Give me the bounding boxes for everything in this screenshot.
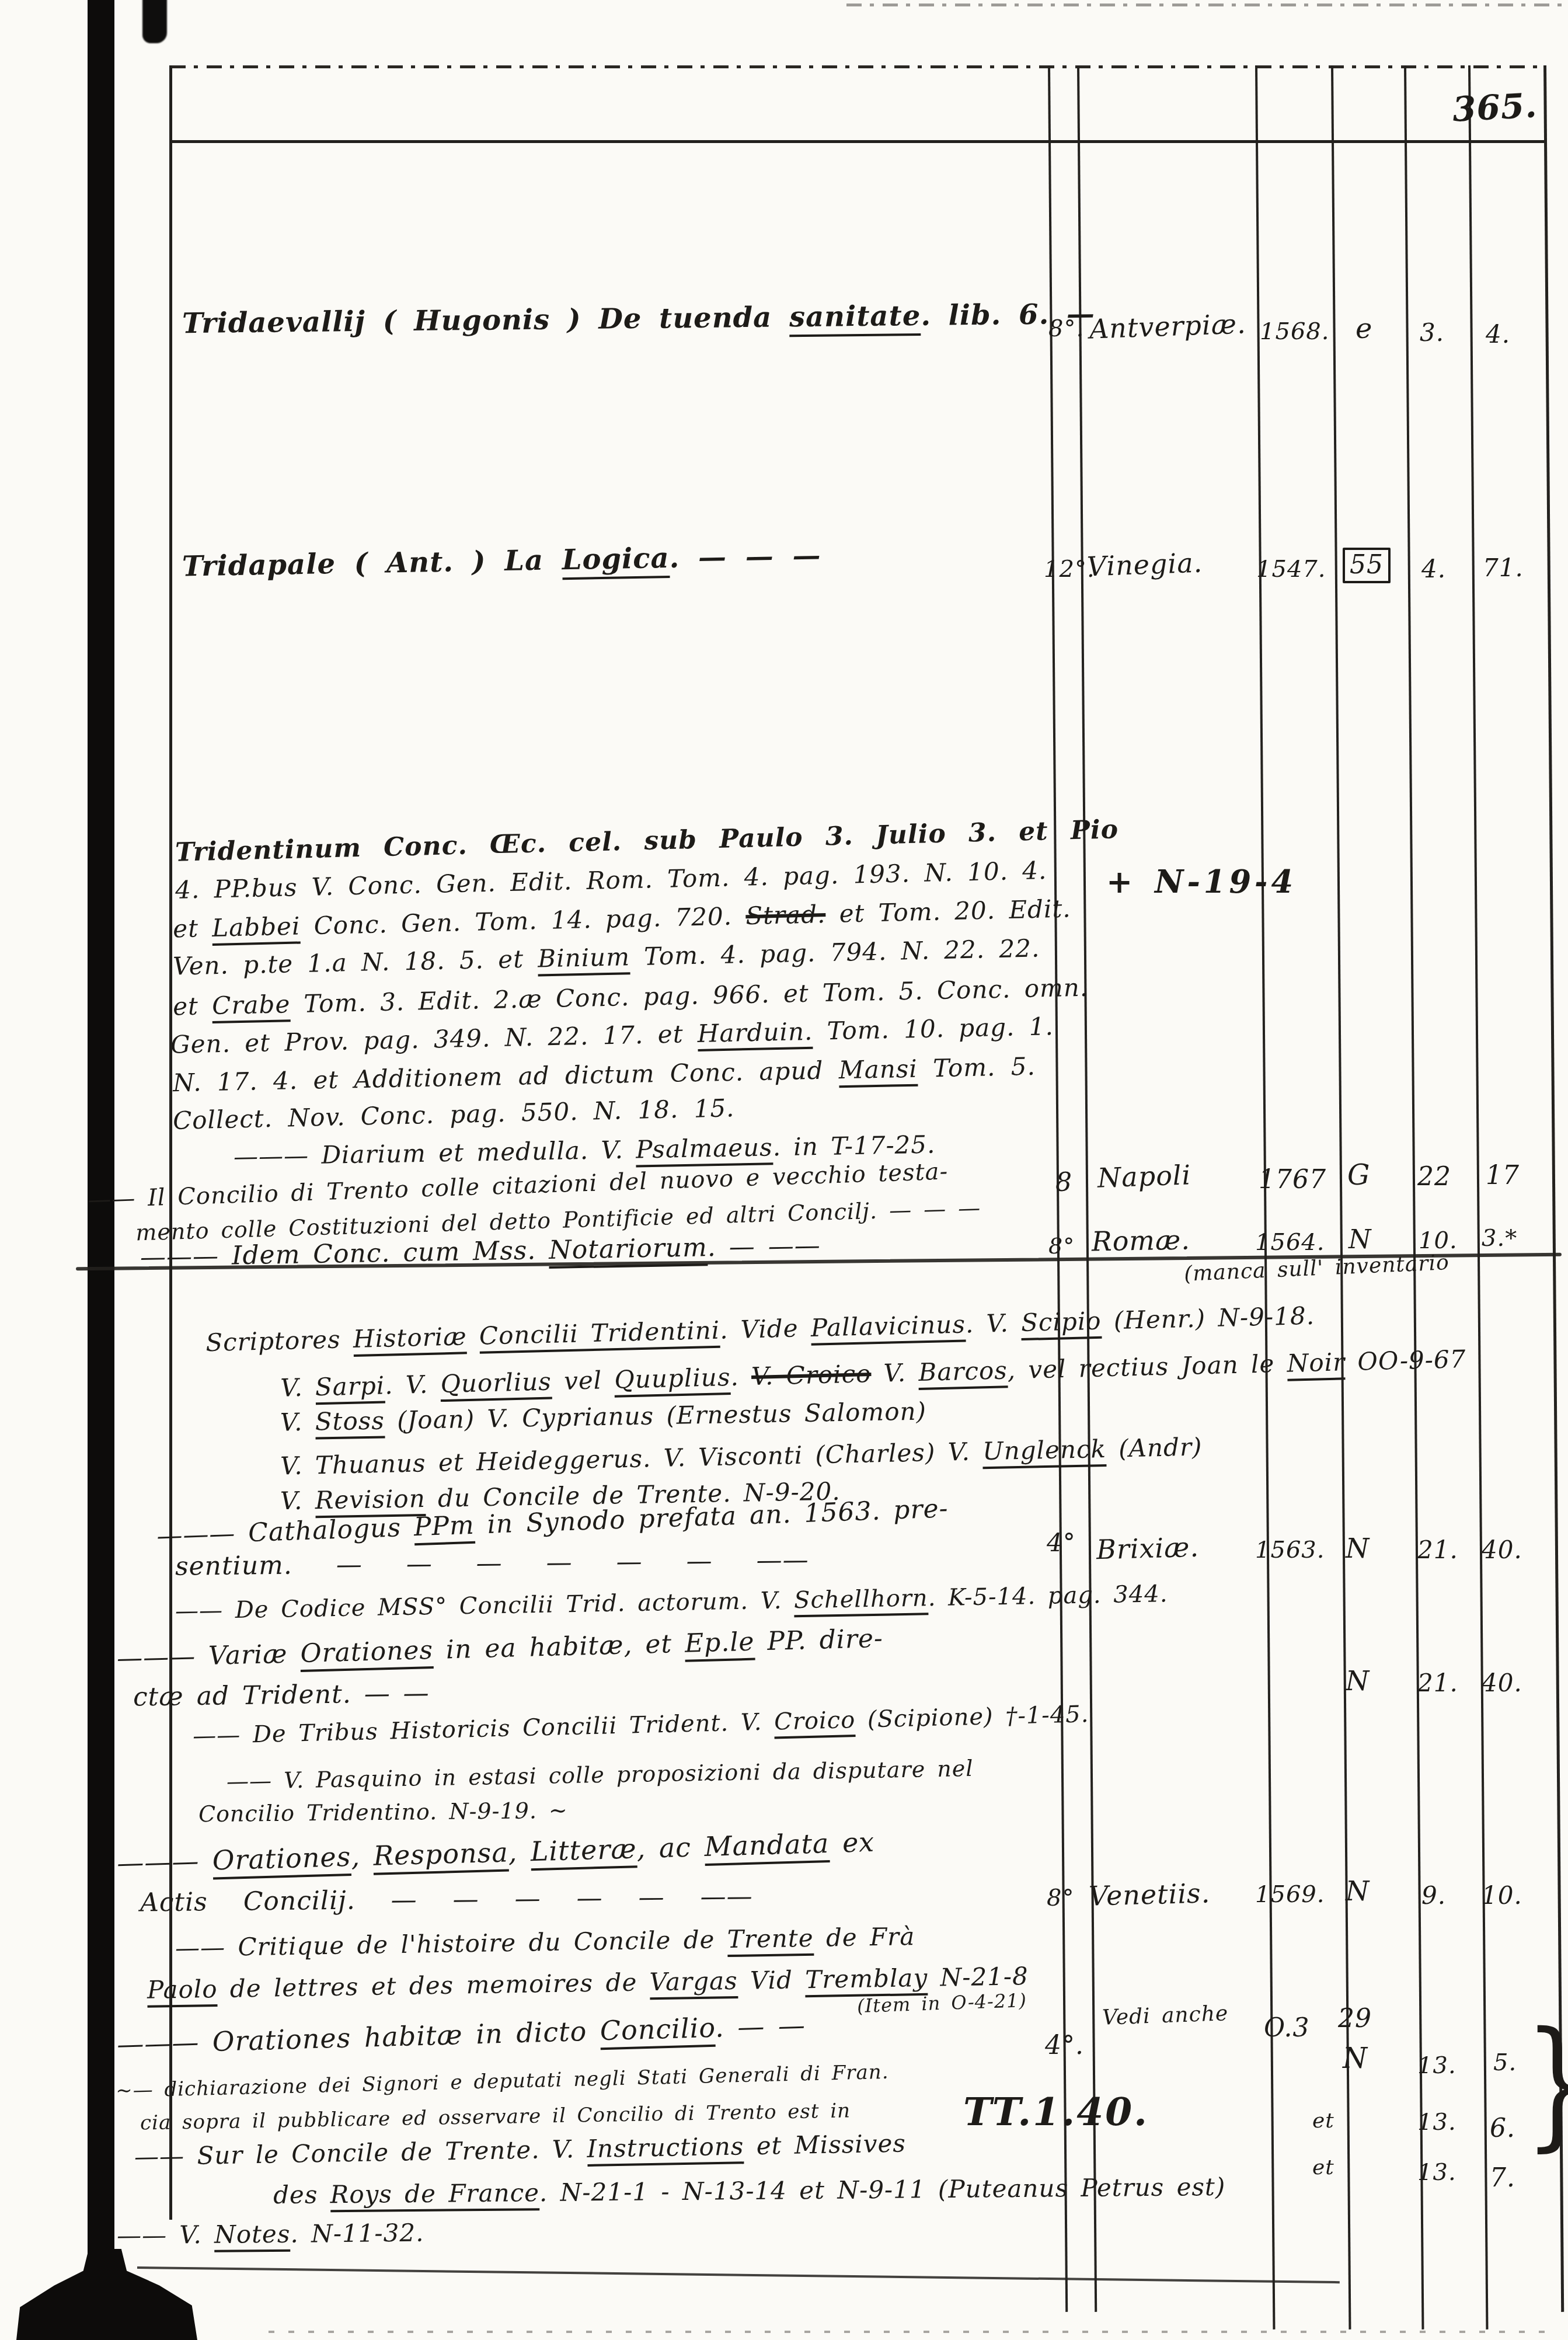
- idem-conc-year: 1564.: [1255, 1229, 1325, 1256]
- table-rule-header: [170, 140, 1546, 143]
- entry-tridaevalli-num2: 4.: [1486, 320, 1510, 349]
- dichiarazione-shelfmark: TT.1.40.: [963, 2089, 1149, 2134]
- orationes-habitae-format: 4°.: [1045, 2031, 1084, 2060]
- entry-tridapale-series-boxed: 55: [1343, 548, 1391, 583]
- cathalogus-num1: 21.: [1417, 1535, 1458, 1564]
- critique-line-1: —— Critique de l'histoire du Concile de …: [175, 1922, 915, 1962]
- orationes-habitae-col-29: 29: [1338, 2004, 1372, 2033]
- orationes-responsa-format: 8°: [1047, 1885, 1074, 1911]
- orationes-habitae-num2: 5.: [1493, 2049, 1517, 2076]
- idem-conc-series: N: [1349, 1225, 1372, 1255]
- variae-line-2: ctæ ad Trident. — —: [133, 1678, 430, 1712]
- entry-tridapale-title: Tridapale ( Ant. ) La Logica. — — —: [182, 539, 821, 583]
- il-concilio-series: G: [1347, 1159, 1370, 1192]
- orationes-habitae-line: ——— Orationes habitæ in dicto Concilio. …: [116, 2010, 806, 2060]
- entry-tridaevalli-format: 8°.: [1048, 315, 1084, 342]
- variae-series: N: [1346, 1665, 1370, 1697]
- idem-conc-format: 8°: [1048, 1233, 1075, 1259]
- pasquino-line-1: —— V. Pasquino in estasi colle proposizi…: [227, 1756, 974, 1794]
- cathalogus-line-2: sentium. — — — — — — ——: [175, 1545, 809, 1581]
- idem-conc-place: Romæ.: [1092, 1224, 1191, 1258]
- entry-tridapale-num1: 4.: [1421, 555, 1446, 583]
- cathalogus-place: Brixiæ.: [1096, 1531, 1199, 1566]
- entry-tridapale-num2: 71.: [1483, 553, 1524, 582]
- tridentinum-line-4: Ven. p.te 1.a N. 18. 5. et Binium Tom. 4…: [173, 934, 1040, 980]
- page-top-edge-marks: [846, 4, 1568, 6]
- column-rule-2: [1077, 65, 1097, 2312]
- il-concilio-year: 1767: [1259, 1165, 1326, 1195]
- entry-tridaevalli-num1: 3.: [1420, 318, 1444, 347]
- idem-conc-num1: 10.: [1419, 1227, 1458, 1254]
- sur-le-concile-line-2: des Roys de France. N-21-1 - N-13-14 et …: [273, 2172, 1226, 2209]
- binding-edge: [88, 0, 114, 2340]
- cathalogus-format: 4°: [1047, 1528, 1076, 1557]
- il-concilio-place: Napoli: [1097, 1159, 1191, 1194]
- orationes-habitae-vedi: Vedi anche: [1102, 2001, 1229, 2030]
- entry-tridapale-year: 1547.: [1256, 556, 1326, 583]
- entry-tridaevalli-title: Tridaevallij ( Hugonis ) De tuenda sanit…: [182, 298, 1095, 340]
- orationes-habitae-col-year: O.3: [1264, 2013, 1309, 2043]
- dichiarazione-r2n1: 13.: [1417, 2159, 1457, 2186]
- orationes-responsa-year: 1569.: [1255, 1881, 1325, 1908]
- sur-le-concile-line-1: —— Sur le Concile de Trente. V. Instruct…: [134, 2129, 907, 2171]
- de-codice-line: —— De Codice MSS° Concilii Trid. actorum…: [175, 1580, 1168, 1625]
- entry-tridaevalli-year: 1568.: [1260, 318, 1330, 345]
- column-rule-5: [1404, 65, 1424, 2329]
- tridentinum-shelfmark-note: + N-19-4: [1106, 863, 1297, 900]
- scanned-catalog-page: 365. Tridaevallij ( Hugonis ) De tuenda …: [0, 0, 1568, 2340]
- table-border-right: [1543, 65, 1564, 2312]
- dichiarazione-r1n1: 13.: [1417, 2109, 1457, 2136]
- dichiarazione-r2n2: 7.: [1490, 2163, 1515, 2193]
- cathalogus-series: N: [1346, 1533, 1370, 1564]
- il-concilio-num2: 17: [1486, 1161, 1520, 1190]
- column-rule-4: [1331, 65, 1351, 2329]
- orationes-responsa-num1: 9.: [1421, 1881, 1446, 1910]
- table-rule-top-dashed: [170, 65, 1546, 68]
- entry-tridaevalli-place: Antverpiæ.: [1089, 308, 1246, 344]
- dichiarazione-line-1: ~— dichiarazione dei Signori e deputati …: [116, 2060, 889, 2102]
- cathalogus-year: 1563.: [1255, 1537, 1325, 1564]
- dichiarazione-line-2: cia sopra il pubblicare ed osservare il …: [140, 2099, 851, 2134]
- column-rule-6: [1468, 65, 1488, 2329]
- dichiarazione-et-2: et: [1312, 2156, 1334, 2179]
- variae-num1: 21.: [1417, 1669, 1458, 1697]
- notes-line: —— V. Notes. N-11-32.: [117, 2219, 424, 2250]
- binding-top-mark: [142, 0, 167, 43]
- page-bottom-edge-marks: [269, 2331, 1553, 2333]
- orationes-responsa-num2: 10.: [1482, 1881, 1522, 1910]
- page-number: 365.: [1451, 85, 1538, 130]
- orationes-responsa-line-1: ——— Orationes, Responsa, Litteræ, ac Man…: [116, 1826, 874, 1879]
- dichiarazione-et-1: et: [1312, 2109, 1334, 2133]
- orationes-responsa-series: N: [1346, 1875, 1370, 1907]
- dichiarazione-r1n2: 6.: [1490, 2113, 1515, 2143]
- entry-tridapale-place: Vinegia.: [1086, 547, 1203, 583]
- il-concilio-num1: 22: [1417, 1162, 1451, 1192]
- scriptores-line-4: V. Thuanus et Heideggerus. V. Visconti (…: [280, 1432, 1203, 1480]
- grouping-brace: }: [1524, 2001, 1568, 2165]
- tridentinum-line-7: N. 17. 4. et Additionem ad dictum Conc. …: [173, 1052, 1036, 1097]
- variae-num2: 40.: [1482, 1669, 1522, 1697]
- idem-conc-num2: 3.*: [1482, 1225, 1517, 1252]
- orationes-habitae-num1: 13.: [1417, 2052, 1457, 2079]
- orationes-responsa-place: Venetiis.: [1088, 1877, 1211, 1911]
- orationes-habitae-series: N: [1343, 2042, 1368, 2075]
- orationes-responsa-line-2: Actis Concilij. — — — — — ——: [140, 1882, 753, 1918]
- tridentinum-line-6: Gen. et Prov. pag. 349. N. 22. 17. et Ha…: [170, 1012, 1054, 1059]
- entry-tridaevalli-series: e: [1356, 312, 1372, 345]
- column-rule-3: [1255, 65, 1275, 2329]
- tridentinum-line-8: Collect. Nov. Conc. pag. 550. N. 18. 15.: [173, 1094, 735, 1135]
- variae-line-1: ——— Variæ Orationes in ea habitæ, et Ep.…: [117, 1624, 884, 1673]
- pasquino-line-2: Concilio Tridentino. N-9-19. ~: [198, 1798, 568, 1827]
- binding-foot: [16, 2249, 197, 2340]
- il-concilio-format: 8: [1055, 1168, 1072, 1197]
- table-rule-bottom: [137, 2266, 1340, 2283]
- cathalogus-num2: 40.: [1482, 1535, 1522, 1564]
- scriptores-line-1: Scriptores Historiæ Concilii Tridentini.…: [205, 1301, 1315, 1357]
